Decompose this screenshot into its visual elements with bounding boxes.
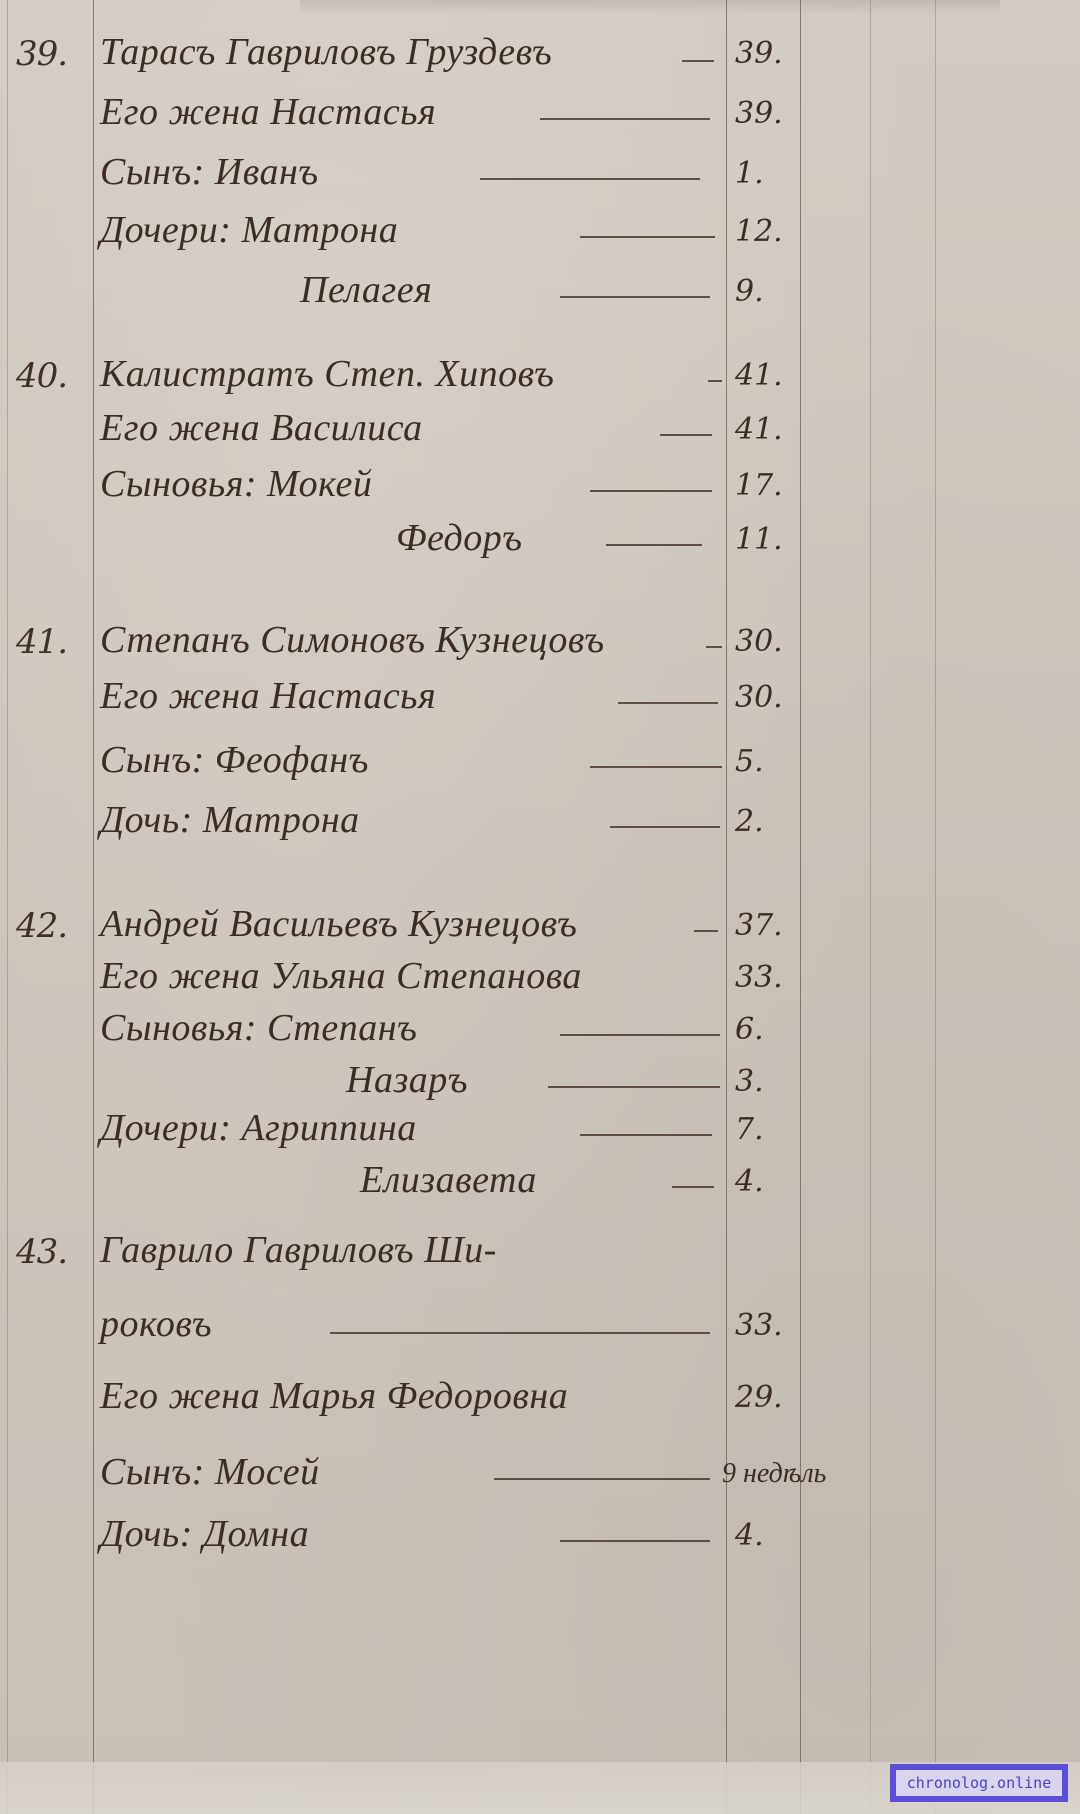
entry-43-head-cont: роковъ 33.: [0, 1300, 1080, 1356]
entry-40-head: 40. Калистратъ Степ. Хиповъ 41.: [0, 350, 1080, 406]
dash-rule: [708, 380, 722, 382]
dash-rule: [606, 544, 702, 546]
entry-42-wife: Его жена Ульяна Степанова 33.: [0, 952, 1080, 1008]
age: 3.: [735, 1064, 799, 1099]
family-member: Назаръ: [346, 1058, 468, 1102]
age: 7.: [735, 1112, 799, 1147]
family-member: Пелагея: [300, 268, 432, 312]
family-member: Сыновья: Степанъ: [100, 1006, 417, 1050]
entry-number: 43.: [16, 1232, 92, 1272]
dash-rule: [494, 1478, 710, 1480]
head-of-household: Тарасъ Гавриловъ Груздевъ: [100, 30, 552, 74]
family-member: Сынъ: Феофанъ: [100, 738, 369, 782]
family-member: Дочери: Агриппина: [100, 1106, 417, 1150]
age: 4.: [735, 1164, 799, 1199]
entry-42-son: Сыновья: Степанъ 6.: [0, 1004, 1080, 1060]
entry-41-wife: Его жена Настасья 30.: [0, 672, 1080, 728]
dash-rule: [548, 1086, 720, 1088]
age: 5.: [735, 744, 799, 779]
dash-rule: [682, 60, 714, 62]
entry-number: 39.: [16, 34, 92, 74]
entry-39-daughter: Дочери: Матрона 12.: [0, 206, 1080, 262]
family-member: Сынъ: Мосей: [100, 1450, 320, 1494]
head-of-household: Гаврило Гавриловъ Ши-: [100, 1228, 497, 1272]
dash-rule: [560, 1034, 720, 1036]
dash-rule: [560, 296, 710, 298]
age: 33.: [735, 1308, 799, 1343]
entry-43-son: Сынъ: Мосей 9 недѣль: [0, 1448, 1080, 1504]
age: 41.: [735, 358, 799, 393]
age: 30.: [735, 680, 799, 715]
entry-39-daughter-2: Пелагея 9.: [0, 266, 1080, 322]
family-member: Сыновья: Мокей: [100, 462, 372, 506]
dash-rule: [560, 1540, 710, 1542]
dash-rule: [694, 930, 718, 932]
watermark-text: chronolog.online: [896, 1770, 1062, 1796]
family-member: Его жена Василиса: [100, 406, 423, 450]
family-member: Его жена Настасья: [100, 90, 436, 134]
family-member: Сынъ: Иванъ: [100, 150, 319, 194]
age: 33.: [735, 960, 799, 995]
dash-rule: [330, 1332, 710, 1334]
dash-rule: [480, 178, 700, 180]
entry-42-daughter-2: Елизавета 4.: [0, 1156, 1080, 1212]
age: 37.: [735, 908, 799, 943]
dash-rule: [672, 1186, 714, 1188]
age: 4.: [735, 1518, 799, 1553]
age: 30.: [735, 624, 799, 659]
dash-rule: [590, 766, 722, 768]
family-member: Федоръ: [396, 516, 522, 560]
dash-rule: [590, 490, 712, 492]
age: 17.: [735, 468, 799, 503]
age: 12.: [735, 214, 799, 249]
dash-rule: [580, 1134, 712, 1136]
family-member: Его жена Марья Федоровна: [100, 1374, 568, 1418]
dash-rule: [610, 826, 720, 828]
family-member: Дочери: Матрона: [100, 208, 398, 252]
entry-43-head: 43. Гаврило Гавриловъ Ши-: [0, 1226, 1080, 1282]
entry-42-daughter: Дочери: Агриппина 7.: [0, 1104, 1080, 1160]
family-member: Елизавета: [360, 1158, 537, 1202]
entry-41-son: Сынъ: Феофанъ 5.: [0, 736, 1080, 792]
age: 41.: [735, 412, 799, 447]
entry-42-head: 42. Андрей Васильевъ Кузнецовъ 37.: [0, 900, 1080, 956]
entry-41-head: 41. Степанъ Симоновъ Кузнецовъ 30.: [0, 616, 1080, 672]
head-of-household: Калистратъ Степ. Хиповъ: [100, 352, 554, 396]
entry-43-wife: Его жена Марья Федоровна 29.: [0, 1372, 1080, 1428]
entry-number: 40.: [16, 356, 92, 396]
age: 29.: [735, 1380, 799, 1415]
family-member: Его жена Ульяна Степанова: [100, 954, 582, 998]
page-top-shadow: [300, 0, 1000, 14]
entry-41-daughter: Дочь: Матрона 2.: [0, 796, 1080, 852]
entry-40-son: Сыновья: Мокей 17.: [0, 460, 1080, 516]
head-of-household: Андрей Васильевъ Кузнецовъ: [100, 902, 577, 946]
entry-39-head: 39. Тарасъ Гавриловъ Груздевъ 39.: [0, 28, 1080, 84]
age: 39.: [735, 36, 799, 71]
family-member: Дочь: Матрона: [100, 798, 360, 842]
dash-rule: [580, 236, 715, 238]
entry-43-daughter: Дочь: Домна 4.: [0, 1510, 1080, 1566]
dash-rule: [618, 702, 718, 704]
watermark-badge: chronolog.online: [890, 1764, 1068, 1802]
age-note: 9 недѣль: [722, 1458, 826, 1490]
age: 2.: [735, 804, 799, 839]
head-of-household-continued: роковъ: [100, 1302, 212, 1346]
entry-39-wife: Его жена Настасья 39.: [0, 88, 1080, 144]
head-of-household: Степанъ Симоновъ Кузнецовъ: [100, 618, 605, 662]
dash-rule: [706, 646, 722, 648]
entry-40-wife: Его жена Василиса 41.: [0, 404, 1080, 460]
dash-rule: [660, 434, 712, 436]
age: 1.: [735, 156, 799, 191]
age: 9.: [735, 274, 799, 309]
entry-40-son-2: Федоръ 11.: [0, 514, 1080, 570]
entry-number: 42.: [16, 906, 92, 946]
age: 39.: [735, 96, 799, 131]
family-member: Дочь: Домна: [100, 1512, 309, 1556]
age: 11.: [735, 522, 799, 557]
entry-39-son: Сынъ: Иванъ 1.: [0, 148, 1080, 204]
family-member: Его жена Настасья: [100, 674, 436, 718]
age: 6.: [735, 1012, 799, 1047]
entry-number: 41.: [16, 622, 92, 662]
dash-rule: [540, 118, 710, 120]
